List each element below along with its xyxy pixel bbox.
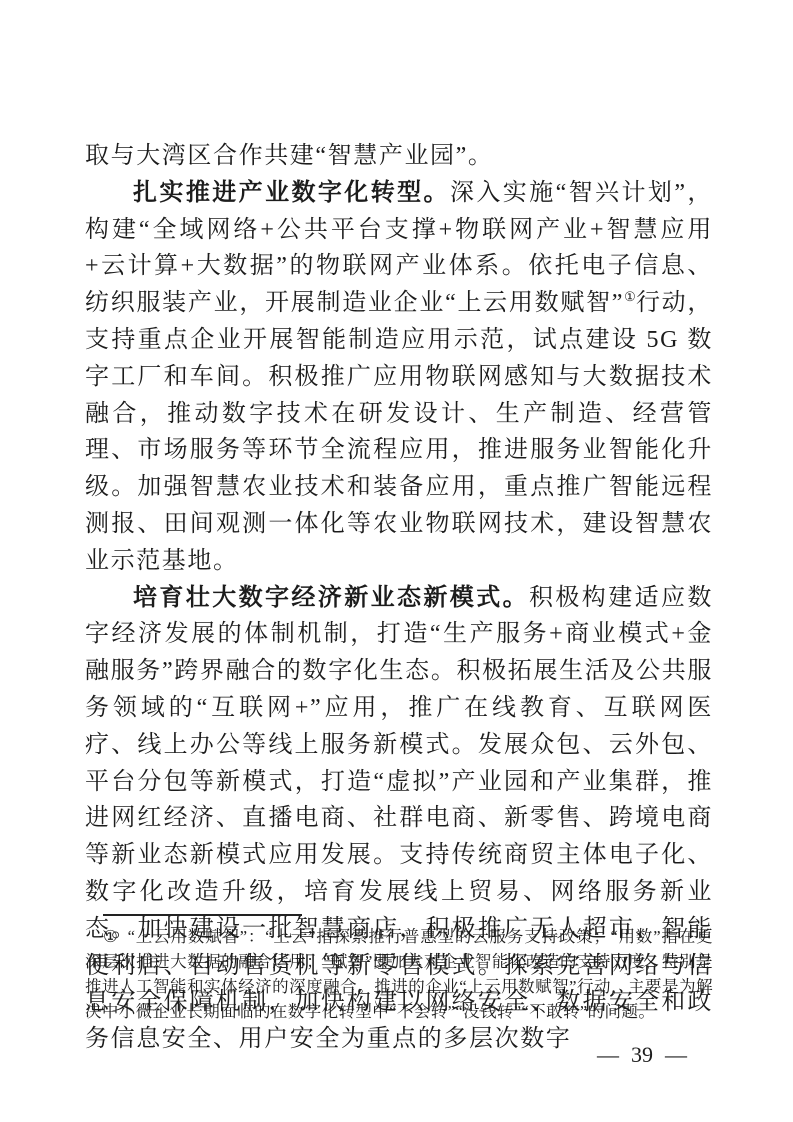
paragraph-text: 取与大湾区合作共建“智慧产业园”。 (85, 143, 494, 169)
page-number: — 39 — (597, 1042, 687, 1068)
page-number-dash-right: — (665, 1042, 687, 1068)
paragraph-lead-bold: 扎实推进产业数字化转型。 (133, 180, 450, 206)
footnote-section: ①“上云用数赋智”：“上云”指探索推行普惠型的云服务支持政策；“用数”指在更深层… (85, 914, 713, 1024)
page-number-dash-left: — (597, 1042, 619, 1068)
footnote-body: “上云用数赋智”：“上云”指探索推行普惠型的云服务支持政策；“用数”指在更深层次… (85, 927, 713, 1021)
footnote-text: ①“上云用数赋智”：“上云”指探索推行普惠型的云服务支持政策；“用数”指在更深层… (85, 924, 713, 1024)
paragraph-industry-digitalization: 扎实推进产业数字化转型。深入实施“智兴计划”，构建“全域网络+公共平台支撑+物联… (85, 175, 713, 580)
paragraph-text: 行动，支持重点企业开展智能制造应用示范，试点建设 5G 数字工厂和车间。积极推广… (85, 290, 713, 574)
footnote-reference-mark: ① (624, 289, 636, 304)
footnote-marker: ① (103, 927, 128, 946)
page-number-value: 39 (631, 1042, 653, 1068)
paragraph-opening-continuation: 取与大湾区合作共建“智慧产业园”。 (85, 138, 713, 175)
paragraph-lead-bold: 培育壮大数字经济新业态新模式。 (133, 585, 529, 611)
document-page: 取与大湾区合作共建“智慧产业园”。 扎实推进产业数字化转型。深入实施“智兴计划”… (0, 0, 793, 1122)
footnote-separator-line (103, 914, 302, 916)
